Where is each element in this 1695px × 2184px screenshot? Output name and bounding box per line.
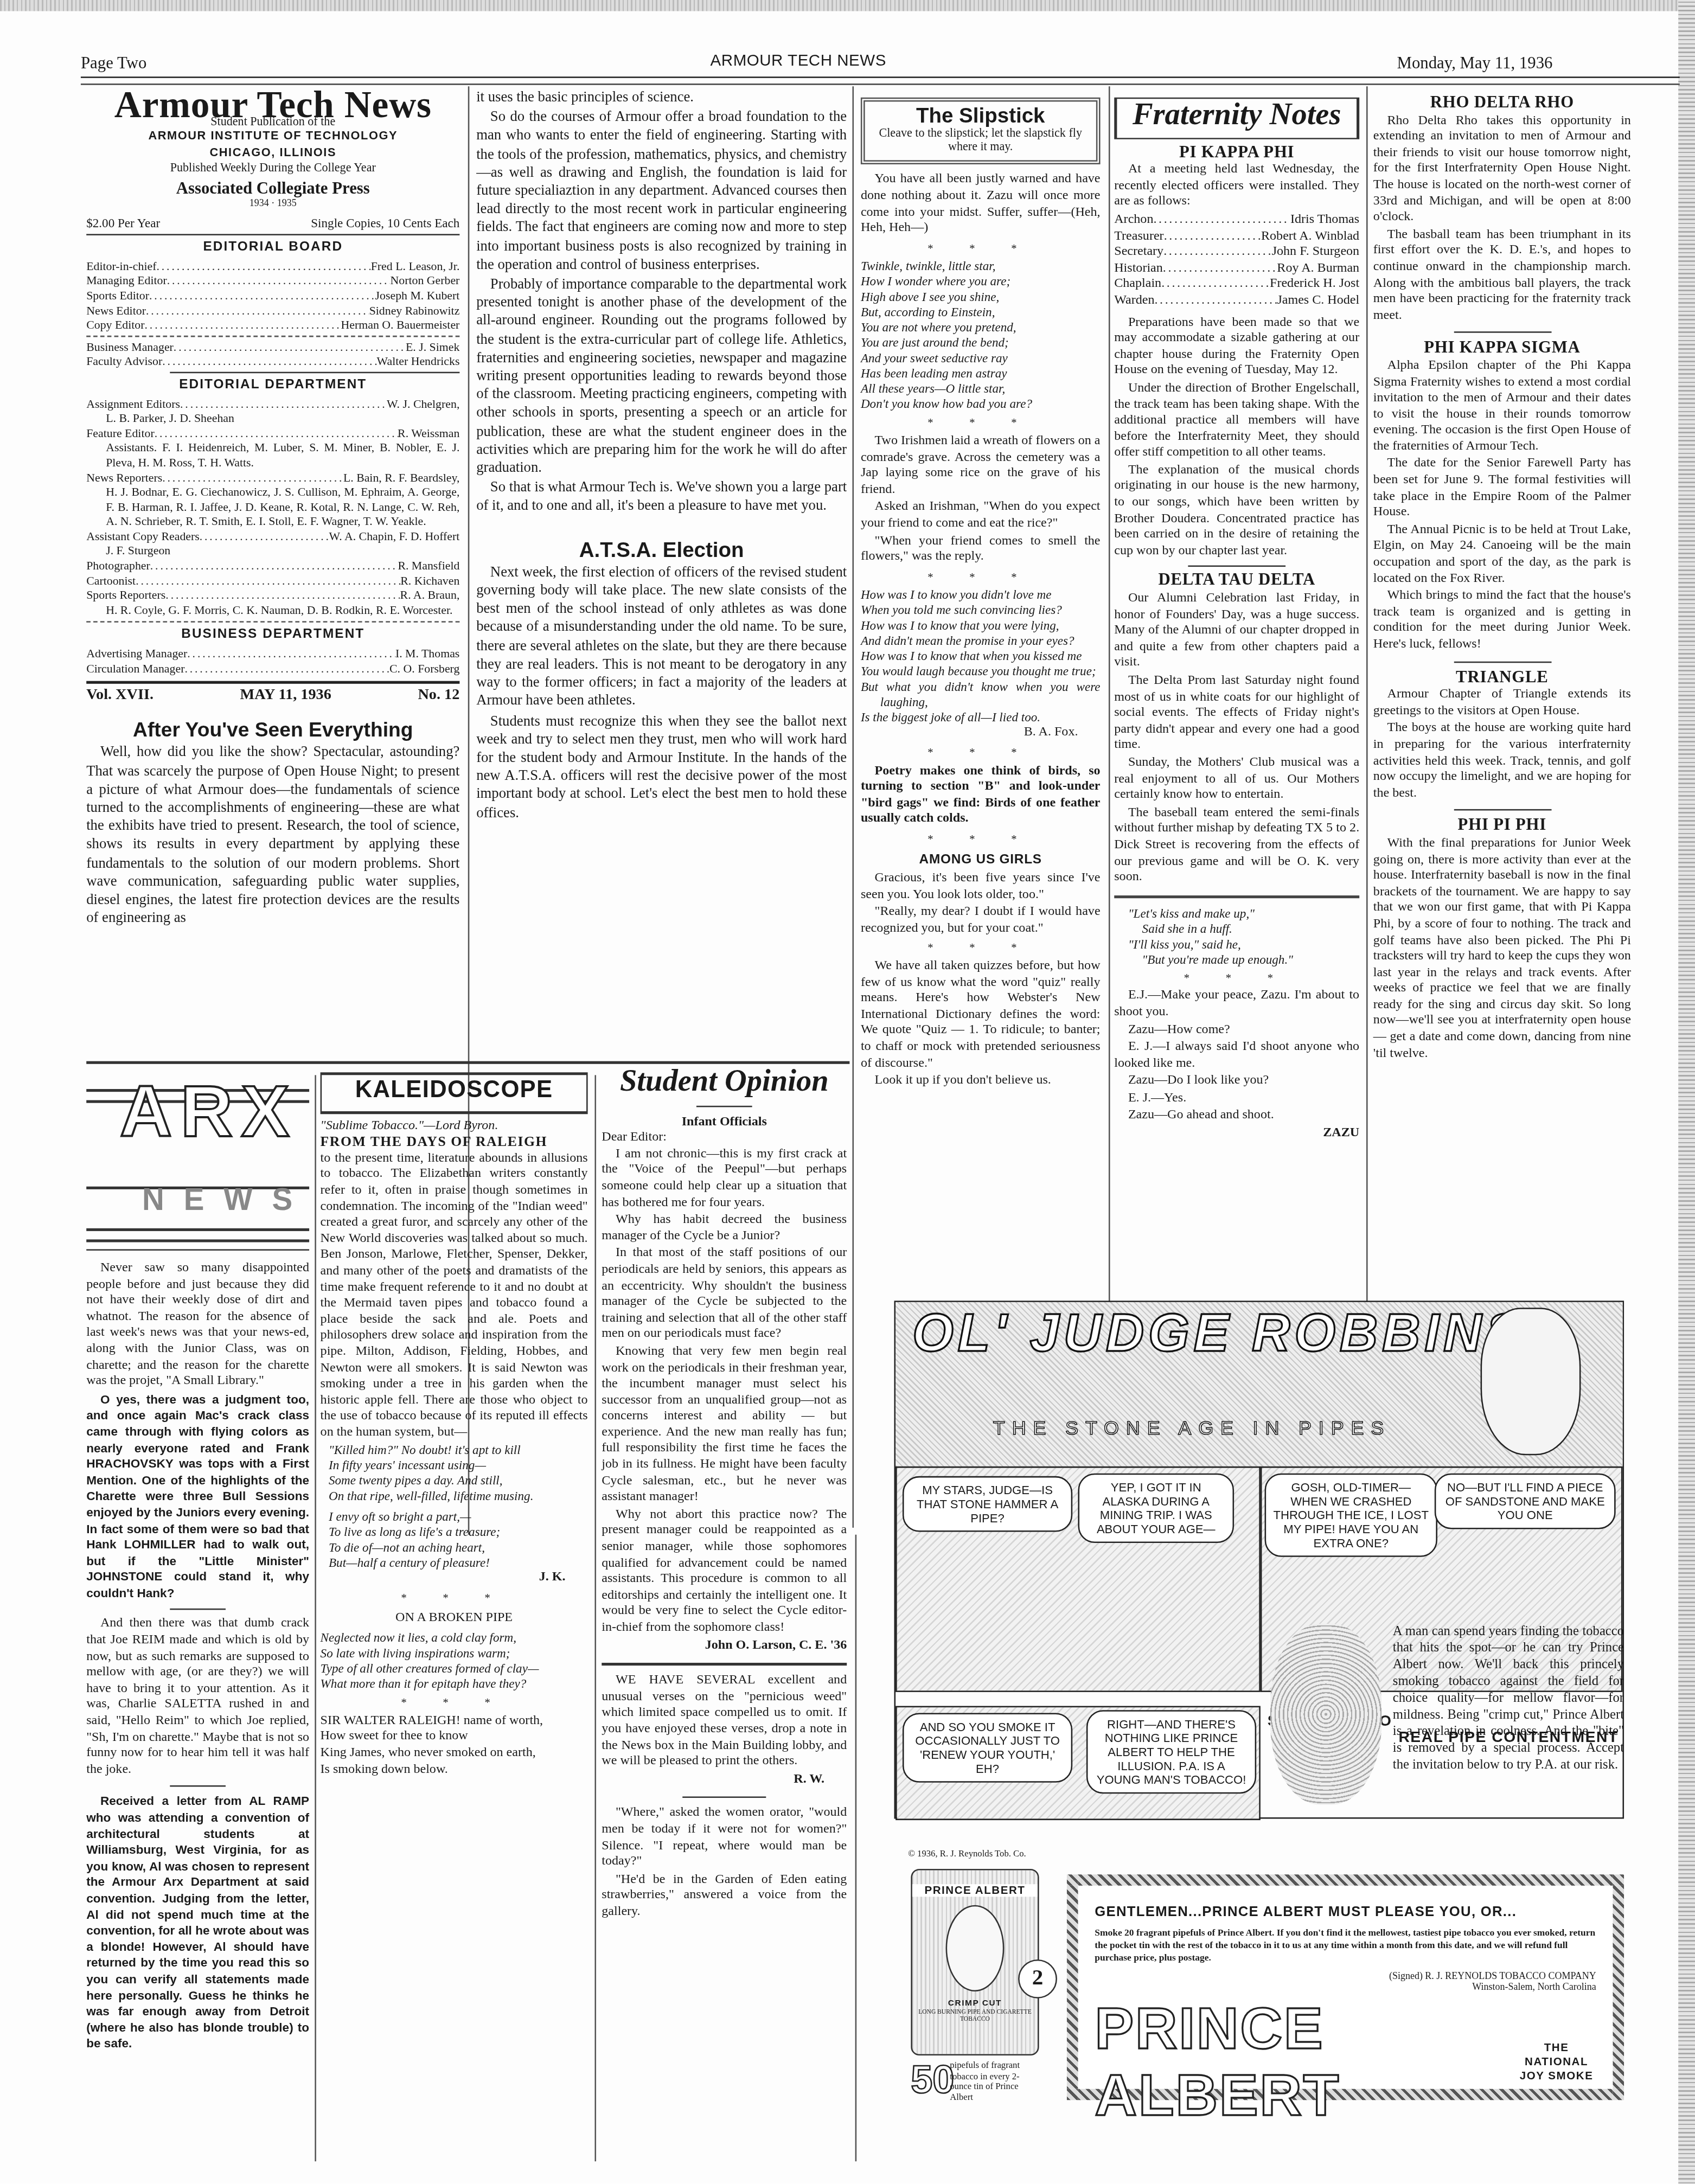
poem-author: B. A. Fox. <box>861 726 1101 742</box>
paragraph: Why not abort this practice now? The pre… <box>602 1508 847 1637</box>
paragraph: Which brings to mind the fact that the h… <box>1373 590 1631 654</box>
staff-row: Faculty AdvisorWalter Hendricks <box>86 354 459 369</box>
slipstick-title: The Slipstick <box>873 108 1088 125</box>
paragraph: Rho Delta Rho takes this opportunity in … <box>1373 114 1631 227</box>
staff-row: CartoonistR. Kichaven <box>86 573 459 588</box>
staff-row: Business ManagerE. J. Simek <box>86 340 459 354</box>
fifty-figure: 50 <box>911 2058 954 2103</box>
newspaper-page: Page Two ARMOUR TECH NEWS Monday, May 11… <box>0 0 1695 2183</box>
paragraph: Knowing that very few men begin real wor… <box>602 1345 847 1507</box>
speech-bubble: YEP, I GOT IT IN ALASKA DURING A MINING … <box>1078 1474 1234 1543</box>
fraternity-notes-title: Fraternity Notes <box>1133 96 1341 131</box>
paragraph: So that is what Armour Tech is. We've sh… <box>476 479 847 516</box>
paragraph: Probably of importance comparable to the… <box>476 276 847 478</box>
triangle-title: TRIANGLE <box>1373 669 1631 686</box>
paragraph: Look it up if you don't believe us. <box>861 1074 1101 1090</box>
guarantee-box: GENTLEMEN...PRINCE ALBERT MUST PLEASE YO… <box>1067 1874 1624 2100</box>
comic-panel-3: AND SO YOU SMOKE IT OCCASIONALLY JUST TO… <box>896 1706 1261 1821</box>
staff-row: Feature EditorR. Weissman <box>86 426 459 440</box>
fraternity-notes-column: Fraternity Notes PI KAPPA PHI At a meeti… <box>1114 98 1359 1143</box>
student-opinion-title: Student Opinion <box>602 1072 847 1088</box>
press-years: 1934 · 1935 <box>86 197 459 212</box>
paragraph: Armour Chapter of Triangle extends its g… <box>1373 688 1631 721</box>
separator-stars: * * * <box>861 745 1101 761</box>
officer-row: TreasurerRobert A. Winblad <box>1114 229 1359 246</box>
staff-row: Advertising ManagerI. M. Thomas <box>86 646 459 661</box>
paragraph: to the present time, literature abounds … <box>321 1151 588 1442</box>
pi-kappa-phi-title: PI KAPPA PHI <box>1114 144 1359 161</box>
news-logo-text: NEWS <box>142 1192 312 1208</box>
column-divider <box>594 1075 596 2161</box>
separator-stars: * * * <box>861 241 1101 257</box>
paragraph: "Really, my dear? I doubt if I would hav… <box>861 906 1101 938</box>
paragraph: So do the courses of Armour offer a broa… <box>476 109 847 274</box>
staff-continuation: Assistants. F. I. Heidenreich, M. Luber,… <box>86 440 459 470</box>
separator-stars: * * * <box>861 940 1101 957</box>
separator-stars: * * * <box>1114 970 1359 987</box>
speech-bubble: AND SO YOU SMOKE IT OCCASIONALLY JUST TO… <box>903 1713 1072 1782</box>
poem-twinkle: Twinkle, twinkle, little star,How I wond… <box>861 260 1101 413</box>
epigraph: "Sublime Tobacco."—Lord Byron. <box>321 1119 588 1135</box>
paragraph: "When your friend comes to smell the flo… <box>861 534 1101 567</box>
editorial-department-title: EDITORIAL DEPARTMENT <box>86 377 459 394</box>
brand-wordmark: PRINCE ALBERT <box>1095 1996 1517 2130</box>
guarantee-location: Winston-Salem, North Carolina <box>1095 1982 1596 1994</box>
smoker-photo <box>1270 1624 1381 1805</box>
issue-date: Monday, May 11, 1936 <box>1397 53 1553 74</box>
volume-date: MAY 11, 1936 <box>240 688 331 704</box>
kaleidoscope-header: KALEIDOSCOPE <box>321 1072 588 1113</box>
staff-continuation: H. R. Coyle, G. F. Morris, C. K. Nauman,… <box>86 603 459 617</box>
signature: John O. Larson, C. E. '36 <box>602 1638 847 1655</box>
paragraph: Gracious, it's been five years since I'v… <box>861 872 1101 905</box>
fraternity-notes-right-column: RHO DELTA RHO Rho Delta Rho takes this o… <box>1373 89 1631 1064</box>
signature: R. W. <box>602 1772 847 1789</box>
paragraph: Asked an Irishman, "When do you expect y… <box>861 501 1101 533</box>
dialog-line: Zazu—How come? <box>1114 1023 1359 1039</box>
poem-killed-him: "Killed him?" No doubt! it's apt to kill… <box>329 1443 588 1571</box>
paragraph: In that most of the staff positions of o… <box>602 1247 847 1344</box>
speech-bubble: NO—BUT I'LL FIND A PIECE OF SANDSTONE AN… <box>1435 1474 1616 1529</box>
kaleidoscope-column: KALEIDOSCOPE "Sublime Tobacco."—Lord Byr… <box>321 1072 588 1778</box>
scan-edge-top <box>0 0 1695 11</box>
officer-row: ArchonIdris Thomas <box>1114 213 1359 229</box>
masthead-institute: ARMOUR INSTITUTE OF TECHNOLOGY <box>86 128 459 144</box>
officers-list: ArchonIdris Thomas TreasurerRobert A. Wi… <box>1114 213 1359 310</box>
paragraph: "He'd be in the Garden of Eden eating st… <box>602 1873 847 1921</box>
masthead-title: Armour Tech News <box>86 98 459 114</box>
paragraph: Next week, the first election of officer… <box>476 564 847 711</box>
paragraph: Never saw so many disappointed people be… <box>86 1261 309 1391</box>
dialog-line: E. J.—Yes. <box>1114 1092 1359 1108</box>
officer-row: WardenJames C. Hodel <box>1114 294 1359 310</box>
signature: J. K. <box>321 1572 588 1588</box>
column-divider <box>852 86 854 1528</box>
guarantee-signature: (Signed) R. J. REYNOLDS TOBACCO COMPANY <box>1095 1971 1596 1982</box>
copyright-notice: © 1936, R. J. Reynolds Tob. Co. <box>908 1849 1026 1859</box>
paragraph: The boys at the house are working quite … <box>1373 722 1631 803</box>
speech-bubble: MY STARS, JUDGE—IS THAT STONE HAMMER A P… <box>903 1476 1072 1532</box>
officer-row: HistorianRoy A. Burman <box>1114 261 1359 278</box>
paragraph: The baseball team entered the semi-final… <box>1114 806 1359 887</box>
dialog-line: Zazu—Do I look like you? <box>1114 1074 1359 1090</box>
staff-row: Circulation ManagerC. O. Forsberg <box>86 661 459 676</box>
separator-stars: * * * <box>321 1591 588 1607</box>
editorial-board-list: Editor-in-chiefFred L. Leason, Jr. Manag… <box>86 259 459 332</box>
paragraph: Under the direction of Brother Engelscha… <box>1114 381 1359 462</box>
issue-number: No. 12 <box>418 688 459 704</box>
paragraph: Alpha Epsilon chapter of the Phi Kappa S… <box>1373 359 1631 456</box>
scan-edge-right <box>1678 0 1695 2183</box>
separator-stars: * * * <box>861 569 1101 586</box>
paragraph: Why has habit decreed the business manag… <box>602 1213 847 1246</box>
phi-kappa-sigma-title: PHI KAPPA SIGMA <box>1373 340 1631 356</box>
paragraph: The Annual Picnic is to be held at Trout… <box>1373 523 1631 588</box>
dialog-line: Zazu—Go ahead and shoot. <box>1114 1109 1359 1125</box>
poem-kiss: "Let's kiss and make up,"Said she in a h… <box>1128 906 1359 968</box>
comic-subtitle: THE STONE AGE IN PIPES <box>993 1416 1391 1438</box>
slipstick-motto: Cleave to the slipstick; let the slapsti… <box>873 125 1088 153</box>
paragraph: You have all been justly warned and have… <box>861 173 1101 238</box>
business-department-title: BUSINESS DEPARTMENT <box>86 627 459 644</box>
column-divider <box>855 1535 857 2162</box>
paragraph: We have all taken quizzes before, but ho… <box>861 959 1101 1072</box>
price-single: Single Copies, 10 Cents Each <box>311 215 459 232</box>
prince-albert-portrait-icon <box>946 1905 1005 1991</box>
staff-row: Assignment EditorsW. J. Chelgren, <box>86 396 459 411</box>
paragraph: The basball team has been triumphant in … <box>1373 228 1631 325</box>
staff-row: PhotographerR. Mansfield <box>86 559 459 573</box>
poem-raleigh: SIR WALTER RALEIGH! name of worth, How s… <box>321 1714 588 1779</box>
comic-title: OL' JUDGE ROBBINS <box>912 1305 1525 1365</box>
poem-broken-pipe: Neglected now it lies, a cold clay form,… <box>321 1631 588 1693</box>
price-year: $2.00 Per Year <box>86 215 160 232</box>
arx-news-column: ARX NEWS Never saw so many disappointed … <box>86 1075 309 2054</box>
comic-panel-1: MY STARS, JUDGE—IS THAT STONE HAMMER A P… <box>896 1466 1261 1692</box>
column-divider <box>315 1075 316 2161</box>
paragraph: The Delta Prom last Saturday night found… <box>1114 674 1359 755</box>
separator-stars: * * * <box>861 831 1101 848</box>
paragraph: Students must recognize this when they s… <box>476 712 847 822</box>
staff-row: Copy EditorHerman O. Bauermeister <box>86 318 459 332</box>
tobacco-tin: PRINCE ALBERT CRIMP CUT LONG BURNING PIP… <box>911 1869 1039 2055</box>
salutation: Dear Editor: <box>602 1131 847 1148</box>
masthead-frequency: Published Weekly During the College Year <box>86 161 459 175</box>
signature: ZAZU <box>1114 1127 1359 1143</box>
paragraph: O yes, there was a judgment too, and onc… <box>86 1392 309 1602</box>
masthead-city: CHICAGO, ILLINOIS <box>86 144 459 161</box>
guarantee-title: GENTLEMEN...PRINCE ALBERT MUST PLEASE YO… <box>1095 1905 1596 1920</box>
paragraph: Poetry makes one think of birds, so turn… <box>861 764 1101 828</box>
editorial-headline: After You've Seen Everything <box>86 724 459 740</box>
paragraph: The date for the Senior Farewell Party h… <box>1373 457 1631 522</box>
arx-logo-text: ARX <box>120 1106 298 1122</box>
staff-continuation: H. J. Bodnar, E. G. Ciechanowicz, J. S. … <box>86 485 459 529</box>
paragraph: it uses the basic principles of science. <box>476 89 847 107</box>
letter-headline: Infant Officials <box>602 1115 847 1131</box>
paragraph: Two Irishmen laid a wreath of flowers on… <box>861 434 1101 499</box>
among-us-girls-title: AMONG US GIRLS <box>861 853 1101 869</box>
separator-stars: * * * <box>861 415 1101 432</box>
paragraph: I am not chronic—this is my first crack … <box>602 1147 847 1212</box>
slipstick-header: The Slipstick Cleave to the slipstick; l… <box>861 98 1101 165</box>
slipstick-column: The Slipstick Cleave to the slipstick; l… <box>861 98 1101 1092</box>
guarantee-body: Smoke 20 fragrant pipefuls of Prince Alb… <box>1095 1929 1596 1965</box>
atsa-headline: A.T.S.A. Election <box>476 541 847 560</box>
staff-continuation: J. F. Sturgeon <box>86 544 459 559</box>
shortcut-body: A man can spend years finding the tobacc… <box>1393 1624 1624 1776</box>
kaleidoscope-title: KALEIDOSCOPE <box>355 1077 553 1103</box>
editorial-continued: it uses the basic principles of science.… <box>476 89 847 824</box>
staff-row: News ReportersL. Bain, R. F. Beardsley, <box>86 470 459 485</box>
fifty-caption: pipefuls of fragrant tobacco in every 2-… <box>950 2061 1039 2103</box>
paragraph: With the final preparations for Junior W… <box>1373 837 1631 1063</box>
volume-row: Vol. XVII. MAY 11, 1936 No. 12 <box>86 681 459 704</box>
officer-row: SecretaryJohn F. Sturgeon <box>1114 245 1359 261</box>
judge-portrait-icon <box>1481 1308 1581 1455</box>
paragraph: The explanation of the musical chords or… <box>1114 464 1359 561</box>
officer-row: ChaplainFrederick H. Jost <box>1114 278 1359 294</box>
staff-row: Managing EditorNorton Gerber <box>86 273 459 288</box>
broken-pipe-title: ON A BROKEN PIPE <box>321 1611 588 1627</box>
editorial-board-title: EDITORIAL BOARD <box>86 240 459 256</box>
paragraph: "Where," asked the women orator, "would … <box>602 1807 847 1871</box>
student-opinion-column: Student Opinion Infant Officials Dear Ed… <box>602 1072 847 1923</box>
masthead: Armour Tech News Student Publication of … <box>86 92 459 929</box>
staff-row: Assistant Copy ReadersW. A. Chapin, F. D… <box>86 529 459 543</box>
arx-news-logo: ARX NEWS <box>86 1075 309 1251</box>
delta-tau-delta-title: DELTA TAU DELTA <box>1114 573 1359 589</box>
press-logo: Associated Collegiate Press <box>86 181 459 197</box>
staff-row: News EditorSidney Rabinowitz <box>86 303 459 318</box>
paragraph: Received a letter from AL RAMP who was a… <box>86 1794 309 2052</box>
rho-delta-rho-title: RHO DELTA RHO <box>1373 95 1631 111</box>
running-title: ARMOUR TECH NEWS <box>711 53 886 70</box>
brand-slogan: THE NATIONALJOY SMOKE <box>1517 2042 1596 2084</box>
staff-row: Sports ReportersR. A. Braun, <box>86 588 459 603</box>
two-ounce-badge: 2 <box>1018 1959 1057 1999</box>
paragraph: Sunday, the Mothers' Club musical was a … <box>1114 756 1359 804</box>
speech-bubble: RIGHT—AND THERE'S NOTHING LIKE PRINCE AL… <box>1086 1710 1256 1794</box>
paragraph: At a meeting held last Wednesday, the re… <box>1114 163 1359 212</box>
dialog-line: E.J.—Make your peace, Zazu. I'm about to… <box>1114 989 1359 1022</box>
paragraph: And then there was that dumb crack that … <box>86 1617 309 1779</box>
comic-header: OL' JUDGE ROBBINS THE STONE AGE IN PIPES <box>896 1302 1622 1468</box>
phi-pi-phi-title: PHI PI PHI <box>1373 818 1631 834</box>
paragraph: Our Alumni Celebration last Friday, in h… <box>1114 592 1359 673</box>
editorial-paragraph: Well, how did you like the show? Spectac… <box>86 744 459 928</box>
volume: Vol. XVII. <box>86 688 153 704</box>
poem-lied-too: How was I to know you didn't love meWhen… <box>861 588 1101 726</box>
staff-continuation: L. B. Parker, J. D. Sheehan <box>86 411 459 426</box>
paragraph: WE HAVE SEVERAL excellent and unusual ve… <box>602 1674 847 1771</box>
staff-row: Editor-in-chiefFred L. Leason, Jr. <box>86 259 459 273</box>
separator-stars: * * * <box>321 1695 588 1712</box>
kaleidoscope-subhead: FROM THE DAYS OF RALEIGH <box>321 1135 588 1151</box>
staff-row: Sports EditorJoseph M. Kubert <box>86 288 459 303</box>
paragraph: Preparations have been made so that we m… <box>1114 316 1359 380</box>
speech-bubble: GOSH, OLD-TIMER—WHEN WE CRASHED THROUGH … <box>1265 1474 1437 1557</box>
dialog-line: E. J.—I always said I'd shoot anyone who… <box>1114 1040 1359 1073</box>
fraternity-notes-header: Fraternity Notes <box>1114 98 1359 139</box>
page-label: Page Two <box>81 53 146 74</box>
